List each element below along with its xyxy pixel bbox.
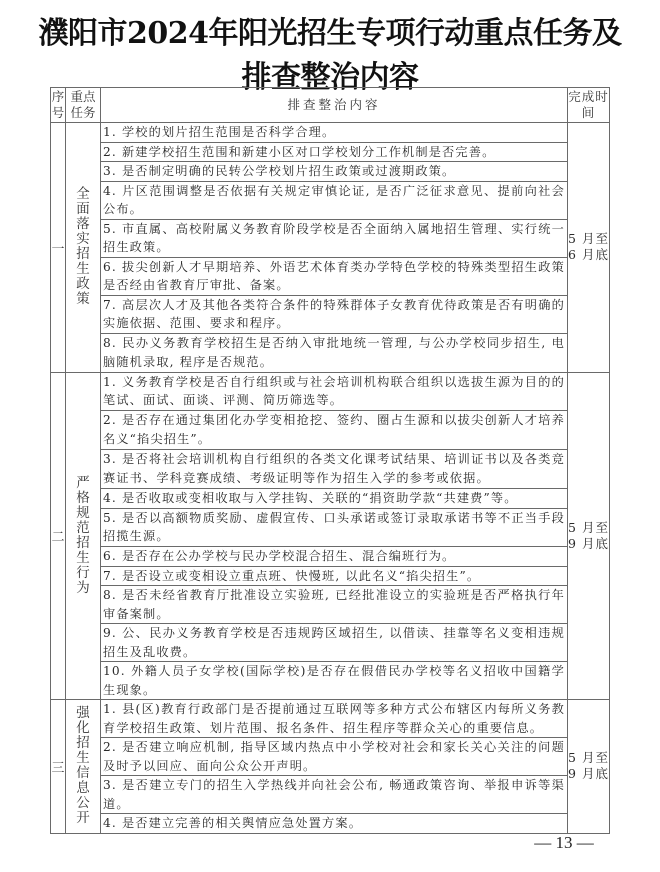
item-content: 3. 是否将社会培训机构自行组织的各类文化课考试结果、培训证书以及各类竞赛证书、… [101, 449, 568, 488]
task-table: 序号 重点任务 排查整治内容 完成时间 一 全面落实招生政策 1. 学校的划片招… [50, 87, 610, 834]
item-content: 6. 是否存在公办学校与民办学校混合招生、混合编班行为。 [101, 546, 568, 566]
section-task: 全面落实招生政策 [66, 123, 101, 373]
item-content: 6. 拔尖创新人才早期培养、外语艺术体育类办学特色学校的特殊类型招生政策是否经由… [101, 257, 568, 295]
table-row: 6. 拔尖创新人才早期培养、外语艺术体育类办学特色学校的特殊类型招生政策是否经由… [51, 257, 610, 295]
item-content: 4. 是否建立完善的相关舆情应急处置方案。 [101, 814, 568, 834]
item-content: 5. 市直属、高校附属义务教育阶段学校是否全面纳入属地招生管理、实行统一招生政策… [101, 219, 568, 257]
section-seq: 二 [51, 372, 66, 700]
section-time: 5 月至 6 月底 [568, 123, 610, 373]
header-task: 重点任务 [66, 88, 101, 123]
item-content: 7. 是否设立或变相设立重点班、快慢班, 以此名义“掐尖招生”。 [101, 566, 568, 586]
item-content: 3. 是否制定明确的民转公学校划片招生政策或过渡期政策。 [101, 162, 568, 182]
item-content: 8. 是否未经省教育厅批准设立实验班, 已经批准设立的实验班是否严格执行年审备案… [101, 586, 568, 624]
table-row: 3. 是否将社会培训机构自行组织的各类文化课考试结果、培训证书以及各类竞赛证书、… [51, 449, 610, 488]
table-body: 一 全面落实招生政策 1. 学校的划片招生范围是否科学合理。 5 月至 6 月底… [51, 123, 610, 834]
item-content: 1. 义务教育学校是否自行组织或与社会培训机构联合组织以选拔生源为目的的笔试、面… [101, 372, 568, 410]
table-row: 4. 是否建立完善的相关舆情应急处置方案。 [51, 814, 610, 834]
table-row: 4. 片区范围调整是否依据有关规定审慎论证, 是否广泛征求意见、提前向社会公布。 [51, 181, 610, 219]
item-content: 4. 是否收取或变相收取与入学挂钩、关联的“捐资助学款“共建费”等。 [101, 488, 568, 508]
table-row: 3. 是否制定明确的民转公学校划片招生政策或过渡期政策。 [51, 162, 610, 182]
table-row: 6. 是否存在公办学校与民办学校混合招生、混合编班行为。 [51, 546, 610, 566]
table-header-row: 序号 重点任务 排查整治内容 完成时间 [51, 88, 610, 123]
item-content: 9. 公、民办义务教育学校是否违规跨区域招生, 以借读、挂靠等名义变相违规招生及… [101, 624, 568, 662]
table-row: 8. 民办义务教育学校招生是否纳入审批地统一管理, 与公办学校同步招生, 电脑随… [51, 333, 610, 372]
table-row: 8. 是否未经省教育厅批准设立实验班, 已经批准设立的实验班是否严格执行年审备案… [51, 586, 610, 624]
table-row: 10. 外籍人员子女学校(国际学校)是否存在假借民办学校等名义招收中国籍学生现象… [51, 662, 610, 700]
table-row: 二 严格规范招生行为 1. 义务教育学校是否自行组织或与社会培训机构联合组织以选… [51, 372, 610, 410]
item-content: 1. 学校的划片招生范围是否科学合理。 [101, 123, 568, 143]
section-task-label: 全面落实招生政策 [76, 187, 90, 307]
item-content: 2. 是否存在通过集团化办学变相抢挖、签约、圈占生源和以拔尖创新人才培养名义“掐… [101, 410, 568, 449]
section-seq: 一 [51, 123, 66, 373]
header-content: 排查整治内容 [101, 88, 568, 123]
section-seq: 三 [51, 700, 66, 834]
table-row: 7. 是否设立或变相设立重点班、快慢班, 以此名义“掐尖招生”。 [51, 566, 610, 586]
item-content: 8. 民办义务教育学校招生是否纳入审批地统一管理, 与公办学校同步招生, 电脑随… [101, 333, 568, 372]
table-row: 7. 高层次人才及其他各类符合条件的特殊群体子女教育优待政策是否有明确的实施依据… [51, 295, 610, 333]
table-row: 4. 是否收取或变相收取与入学挂钩、关联的“捐资助学款“共建费”等。 [51, 488, 610, 508]
table-row: 5. 是否以高额物质奖励、虚假宣传、口头承诺或签订录取承诺书等不正当手段招揽生源… [51, 508, 610, 546]
item-content: 4. 片区范围调整是否依据有关规定审慎论证, 是否广泛征求意见、提前向社会公布。 [101, 181, 568, 219]
table-row: 9. 公、民办义务教育学校是否违规跨区域招生, 以借读、挂靠等名义变相违规招生及… [51, 624, 610, 662]
item-content: 2. 新建学校招生范围和新建小区对口学校划分工作机制是否完善。 [101, 142, 568, 162]
section-task: 严格规范招生行为 [66, 372, 101, 700]
section-time: 5 月至 9 月底 [568, 372, 610, 700]
section-task: 强化招生信息公开 [66, 700, 101, 834]
item-content: 5. 是否以高额物质奖励、虚假宣传、口头承诺或签订录取承诺书等不正当手段招揽生源… [101, 508, 568, 546]
section-task-label: 严格规范招生行为 [76, 476, 90, 596]
header-seq: 序号 [51, 88, 66, 123]
table-row: 三 强化招生信息公开 1. 县(区)教育行政部门是否提前通过互联网等多种方式公布… [51, 700, 610, 738]
table-row: 2. 是否建立响应机制, 指导区域内热点中小学校对社会和家长关心关注的问题及时予… [51, 738, 610, 776]
section-task-label: 强化招生信息公开 [76, 706, 90, 826]
item-content: 2. 是否建立响应机制, 指导区域内热点中小学校对社会和家长关心关注的问题及时予… [101, 738, 568, 776]
item-content: 1. 县(区)教育行政部门是否提前通过互联网等多种方式公布辖区内每所义务教育学校… [101, 700, 568, 738]
table-row: 3. 是否建立专门的招生入学热线并向社会公布, 畅通政策咨询、举报申诉等渠道。 [51, 776, 610, 814]
header-time: 完成时间 [568, 88, 610, 123]
document-title-line1: 濮阳市2024年阳光招生专项行动重点任务及 [0, 8, 660, 52]
page-number: — 13 — [524, 833, 604, 853]
table-row: 一 全面落实招生政策 1. 学校的划片招生范围是否科学合理。 5 月至 6 月底 [51, 123, 610, 143]
table-row: 2. 是否存在通过集团化办学变相抢挖、签约、圈占生源和以拔尖创新人才培养名义“掐… [51, 410, 610, 449]
item-content: 3. 是否建立专门的招生入学热线并向社会公布, 畅通政策咨询、举报申诉等渠道。 [101, 776, 568, 814]
item-content: 10. 外籍人员子女学校(国际学校)是否存在假借民办学校等名义招收中国籍学生现象… [101, 662, 568, 700]
item-content: 7. 高层次人才及其他各类符合条件的特殊群体子女教育优待政策是否有明确的实施依据… [101, 295, 568, 333]
table-row: 5. 市直属、高校附属义务教育阶段学校是否全面纳入属地招生管理、实行统一招生政策… [51, 219, 610, 257]
section-time: 5 月至 9 月底 [568, 700, 610, 834]
table-row: 2. 新建学校招生范围和新建小区对口学校划分工作机制是否完善。 [51, 142, 610, 162]
